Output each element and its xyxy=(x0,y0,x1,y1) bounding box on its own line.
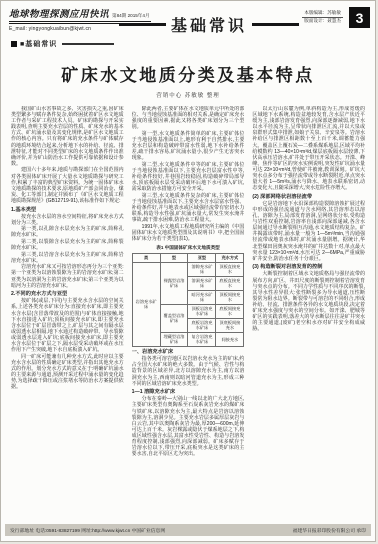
table-cell: 复合岩溶充水矿床 xyxy=(188,332,216,346)
article: 矿床水文地质分类及基本特点 营销中心 苏敏敏 整理 我国矿山水害事故之多、灾害损… xyxy=(7,53,369,519)
article-byline: 营销中心 苏敏敏 整理 xyxy=(7,91,369,99)
subheading: 一、岩溶充水矿床 xyxy=(132,349,245,355)
footer-bar: 发行部地址 电话:0591-83827199 网址:http://www.kjw… xyxy=(5,524,371,536)
paragraph: 第二型,水文地质条件中等的矿床,主要矿体位于当地侵蚀基准面以下,主要充水岩层富水… xyxy=(132,162,245,192)
section-title: 基础常识 xyxy=(171,13,247,36)
paragraph: 它是岩溶地下水沿深部构造裂隙溶蚀扩展过程中形成的强径流通道与含水网络,其岩溶形态… xyxy=(252,201,365,262)
editor-info: 本版编辑：苏敏敏 版面设计：聂慧杰 xyxy=(302,10,343,25)
paragraph: 指各类可溶岩地区以岩溶水充水为主的矿床,约占全国大水矿床的绝大多数。由于气候、岩… xyxy=(132,356,245,386)
subheading: (2) 深部网络状岩溶径流带 xyxy=(252,194,365,200)
hydrogeology-type-table: 表1 中国固体矿床水文地质类型类型亚型充水方式岩溶充水矿床裸露型岩溶矿床溶隙充水… xyxy=(132,245,245,347)
article-column: 我国矿山水害事故之多、灾害损失之重,因矿床类型繁多与赋存条件复杂,始终困扰着矿区… xyxy=(11,106,124,518)
paragraph: 1991年,水文地质工程地质研究所主编的《中国固体矿床水文地质类型图及其说明书》… xyxy=(132,224,245,242)
square-bullet-icon xyxy=(11,41,17,47)
paragraph: 第三型,水文地质条件复杂的矿床,主要矿体位于当地侵蚀基准面以下,主要充水含水层富… xyxy=(132,193,245,223)
table-header-cell: 充水方式 xyxy=(216,253,244,262)
table-cell: 顶底板间接充水 xyxy=(216,318,244,332)
paragraph: 我国矿山水害事故之多、灾害损失之重,因矿床类型繁多与赋存条件复杂,始终困扰着矿区… xyxy=(11,106,124,167)
article-title: 矿床水文地质分类及基本特点 xyxy=(7,61,369,86)
subheading: (3) 构造断裂对岩溶发育的控制 xyxy=(252,264,365,270)
right-rule xyxy=(252,23,299,26)
table-cell: 埋藏型岩溶矿床 xyxy=(160,332,188,346)
paragraph: 大断裂控制着区域水文地质格局与强径流带的展布方向,矿区、井田尺度的断裂则控制着岩… xyxy=(252,271,365,332)
table-cell: 暗河充水矿床 xyxy=(188,290,216,304)
table-title: 表1 中国固体矿床水文地质类型 xyxy=(132,245,245,251)
paragraph: 分布在秦岭—大别山一线以北的广大北方地区,主要矿床类型有奥陶系至石炭系灰岩充水的… xyxy=(132,396,245,457)
editor-line: 本版编辑：苏敏敏 xyxy=(302,10,343,18)
paragraph: 按充水含水层的容水空间特征,将矿床充水方式划分为三类。 xyxy=(11,214,124,226)
table-row: 岩溶充水矿床裸露型岩溶矿床溶隙充水矿床顶板直接充水 xyxy=(132,262,244,276)
marker-dash-line xyxy=(62,43,114,45)
section-marker: ■基础常识 xyxy=(11,39,114,49)
paragraph: 建国六十多年来,地质与勘探部门在全国范围内对各类固体矿床开展了大量水文地质勘探与… xyxy=(11,167,124,204)
footer-printer: 福建华日报彩印股份有限公司 承印 xyxy=(293,527,366,534)
paragraph: 第一型,水文地质条件简单的矿床,主要矿体位于当地侵蚀基准面以上,地形有利于自然排… xyxy=(132,131,245,161)
article-columns: 我国矿山水害事故之多、灾害损失之重,因矿床类型繁多与赋存条件复杂,始终困扰着矿区… xyxy=(7,106,369,518)
table-cell: 底板间接充水 xyxy=(216,304,244,318)
section-head: 基础常识 xyxy=(119,13,299,36)
subheading: 1.基本类型 xyxy=(11,207,124,213)
table-cell: 岩溶充水矿床 xyxy=(132,262,160,346)
newspaper-page: 地球物理探测应用快讯 第84期 2015年4月 E_mail: yingyong… xyxy=(0,0,376,542)
table-cell: 覆盖型岩溶矿床 xyxy=(160,304,188,332)
article-column: 以太行山东麓为例,单斜构造为主,形成宽缓的区域地下水系统,构造盆地较发育,含水层… xyxy=(252,106,365,518)
subheading: 1—1 溶隙充水矿床 xyxy=(132,389,245,395)
newspaper-name: 地球物理探测应用快讯 xyxy=(9,6,109,20)
table-cell: 间接充水 xyxy=(216,332,244,346)
table-header-cell: 型 xyxy=(160,253,188,262)
table-header-cell: 亚型 xyxy=(188,253,216,262)
section-marker-label: ■基础常识 xyxy=(20,39,57,49)
paragraph: 以太行山东麓为例,单斜构造为主,形成宽缓的区域地下水系统,构造盆地较发育,含水层… xyxy=(252,106,365,191)
paragraph: 第三类,以岩溶含水层充水为主的矿床,简称岩溶充水矿床。 xyxy=(11,252,124,264)
designer-line: 版面设计：聂慧杰 xyxy=(302,18,343,25)
table-cell: 顶板岩溶充水矿床 xyxy=(188,304,216,318)
table-cell: 顶板间接充水 xyxy=(216,290,244,304)
paragraph: 第一类,以孔隙含水层充水为主的矿床,简称孔隙充水矿床。 xyxy=(11,226,124,238)
table-cell: 底板岩溶充水矿床 xyxy=(188,318,216,332)
paragraph: 除此两者,主要矿体在水文地质单元中所处的部位、与当地侵蚀基准面的相对关系,是确定… xyxy=(132,106,245,130)
table-cell: 溶洞充水矿床 xyxy=(188,276,216,290)
paragraph: 第二类,以裂隙含水层充水为主的矿床,简称裂隙充水矿床。 xyxy=(11,239,124,251)
table-cell: 裸露型岩溶矿床 xyxy=(160,262,188,304)
paragraph: 按矿体(或层,下同)与主要充水含水层的空间关系,上述各类充水矿床分为:直接充水矿… xyxy=(11,298,124,353)
paragraph: 同一矿床可能兼有几种充水方式,此时应以主要充水含水层的性质确定矿床类型,并指出其… xyxy=(11,354,124,391)
article-column: 除此两者,主要矿体在水文地质单元中所处的部位、与当地侵蚀基准面的相对关系,是确定… xyxy=(132,106,245,518)
table-cell: 顶板直接充水 xyxy=(216,262,244,276)
table-cell: 底板直接充水 xyxy=(216,276,244,290)
page-number-box: 3 xyxy=(349,7,370,28)
paragraph: 岩溶充水矿床又可按岩溶形态再分为三个亚类:第一个亚类为以溶蚀裂隙为主的岩溶充水矿… xyxy=(11,264,124,288)
footer-contact: 发行部地址 电话:0591-83827199 网址:http://www.kjw… xyxy=(10,527,165,534)
table-cell: 溶隙充水矿床 xyxy=(188,262,216,276)
table-header-cell: 类 xyxy=(132,253,160,262)
left-rule xyxy=(119,23,166,26)
subheading: 2.不同的充水方式与亚型 xyxy=(11,291,124,297)
